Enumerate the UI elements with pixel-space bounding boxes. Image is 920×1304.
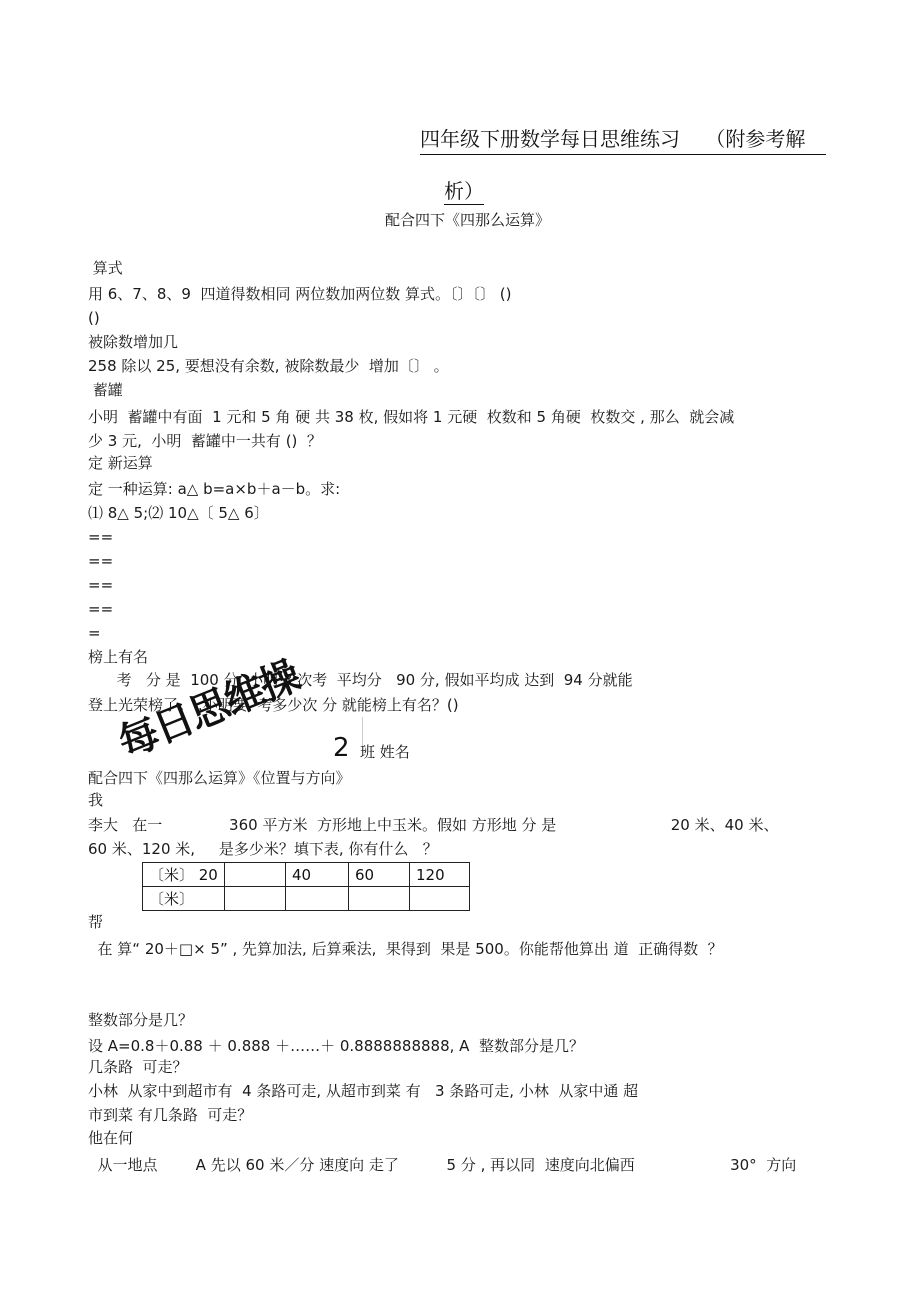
heading-dividend: 被除数增加几 — [88, 332, 178, 352]
document-title-continued: 析） — [444, 178, 484, 205]
problem-text: 考 分 是 100 分, 小明 3 次考 平均分 90 分, 假如平均成 达到 … — [88, 670, 633, 690]
problem-text: ⑴ 8△ 5;⑵ 10△〔 5△ 6〕 — [88, 503, 269, 523]
problem-text: 定 一种运算: a△ b=a×b＋a－b。求: — [88, 479, 340, 499]
problem-text: 设 A=0.8＋0.88 ＋ 0.888 ＋……＋ 0.8888888888, … — [88, 1036, 584, 1056]
problem-text: 小明 蓄罐中有面 1 元和 5 角 硬 共 38 枚, 假如将 1 元硬 枚数和… — [88, 407, 734, 427]
table-cell — [349, 887, 410, 911]
answer-line: == — [88, 551, 113, 571]
table-cell — [225, 863, 286, 887]
heading-routes: 几条路 可走？ — [88, 1057, 188, 1077]
problem-text: 用 6、7、8、9 四道得数相同 两位数加两位数 算式。〔〕〔〕 () — [88, 284, 512, 304]
problem-text: 在 算“ 20＋□× 5” , 先算加法, 后算乘法, 果得到 果是 500。你… — [88, 939, 723, 959]
heading-where: 他在何 — [88, 1128, 133, 1148]
heading-piggybank: 蓄罐 — [88, 380, 123, 400]
heading-help: 帮 — [88, 912, 103, 932]
table-cell: 〔米〕 — [143, 887, 225, 911]
problem-text: 小林 从家中到超市有 4 条路可走, 从超市到菜 有 3 条路可走, 小林 从家… — [88, 1081, 638, 1101]
table-cell: 〔米〕 20 — [143, 863, 225, 887]
table-cell — [286, 887, 349, 911]
answer-line: == — [88, 599, 113, 619]
problem-text: 60 米、120 米, 是多少米？填下表, 你有什么 ？ — [88, 839, 438, 859]
heading-new-operation: 定 新运算 — [88, 453, 153, 473]
table-cell: 120 — [410, 863, 470, 887]
problem-text: 李大 在一 360 平方米 方形地上中玉米。假如 方形地 分 是 20 米、40… — [88, 815, 778, 835]
problem-text: () — [88, 308, 100, 328]
heading-me: 我 — [88, 790, 103, 810]
problem-text: 市到菜 有几条路 可走？ — [88, 1105, 252, 1125]
problem-text: 258 除以 25, 要想没有余数, 被除数最少 增加〔〕 。 — [88, 356, 449, 376]
heading-integer-part: 整数部分是几？ — [88, 1010, 193, 1030]
table-cell: 60 — [349, 863, 410, 887]
answer-line: == — [88, 575, 113, 595]
answer-line: = — [88, 623, 101, 643]
section-subtitle: 配合四下《四那么运算》《位置与方向》 — [88, 768, 351, 788]
table-row: 〔米〕 20 40 60 120 — [143, 863, 470, 887]
document-title: 四年级下册数学每日思维练习 （附参考解 — [420, 126, 826, 155]
problem-text: 少 3 元, 小明 蓄罐中一共有 () ？ — [88, 431, 322, 451]
heading-equation: 算式 — [88, 258, 123, 278]
table-cell — [410, 887, 470, 911]
answer-line: == — [88, 527, 113, 547]
heading-honor-roll: 榜上有名 — [88, 647, 148, 667]
fill-in-table: 〔米〕 20 40 60 120 〔米〕 — [142, 862, 470, 911]
table-cell: 40 — [286, 863, 349, 887]
class-name-label: 班 姓名 — [360, 742, 410, 762]
table-cell — [225, 887, 286, 911]
document-subtitle: 配合四下《四那么运算》 — [385, 210, 550, 230]
table-row: 〔米〕 — [143, 887, 470, 911]
problem-text: 从一地点 A 先以 60 米／分 速度向 走了 5 分 , 再以同 速度向北偏西… — [88, 1155, 796, 1175]
stamp-number: 2 — [333, 733, 350, 763]
